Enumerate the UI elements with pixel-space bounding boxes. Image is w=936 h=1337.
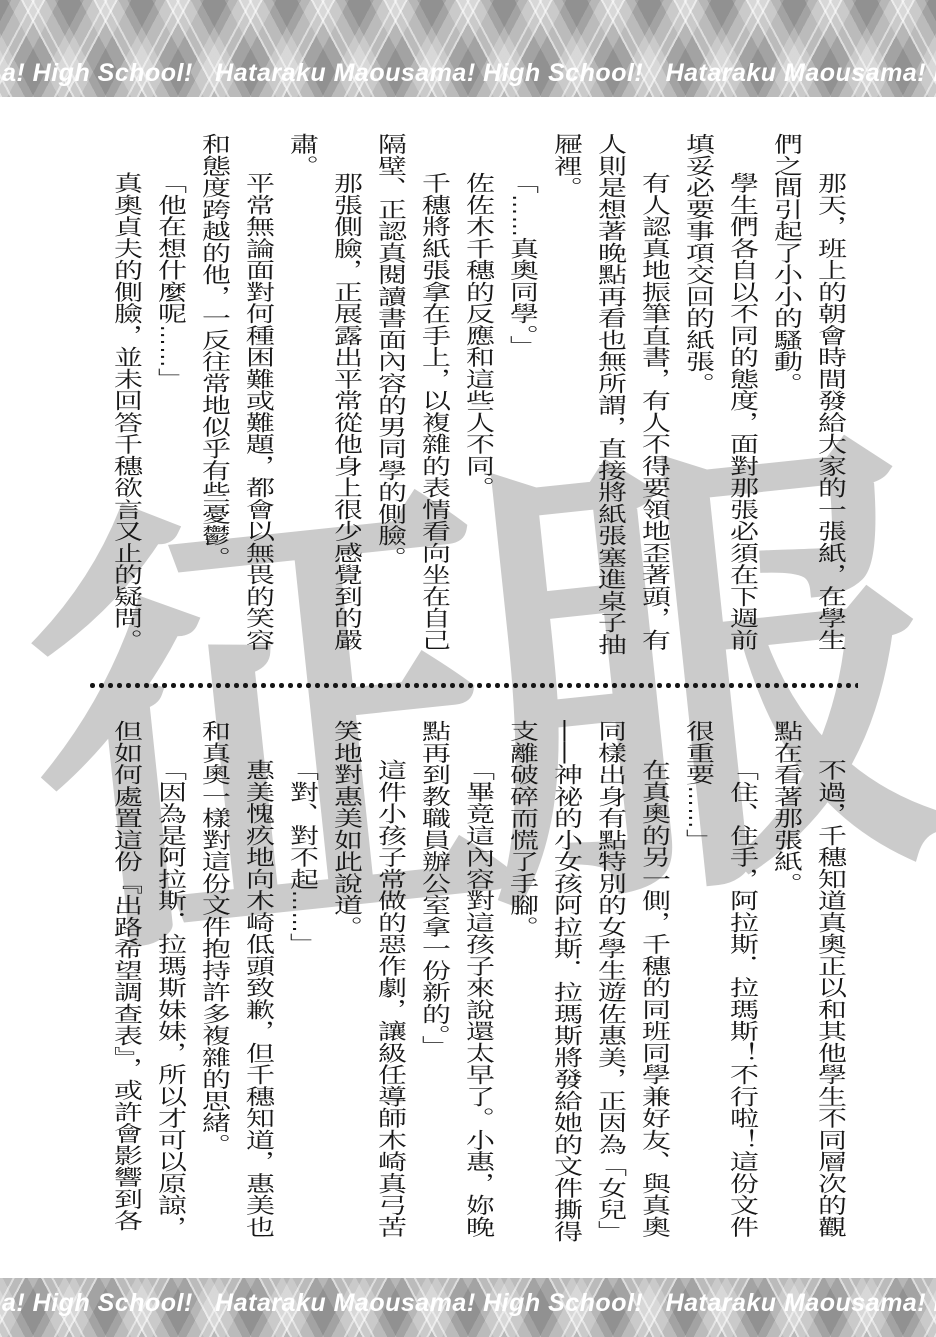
story-paragraph: 平常無論面對何種困難或難題，都會以無畏的笑容和態度跨越的他，一反往常地似乎有些憂… [192,133,280,658]
story-section-bottom: 不過，千穗知道真奧正以和其他學生不同層次的觀點在看著那張紙。 「住、住手，阿拉斯… [104,720,852,1245]
story-paragraph: 那天，班上的朝會時間發給大家的一張紙，在學生們之間引起了小小的騷動。 [764,133,852,658]
story-section-top: 那天，班上的朝會時間發給大家的一張紙，在學生們之間引起了小小的騷動。 學生們各自… [104,133,852,658]
section-break-dots [88,682,858,689]
story-paragraph: 「畢竟這內容對這孩子來說還太早了。小惠，妳晚點再到教職員辦公室拿一份新的。」 [412,720,500,1245]
top-banner-title: a! High School! Hataraku Maousama! High … [2,61,936,86]
story-paragraph: 佐佐木千穗的反應和這些人不同。 [456,133,500,658]
story-paragraph: 惠美愧疚地向木崎低頭致歉，但千穗知道，惠美也和真奧一樣對這份文件抱持許多複雜的思… [192,720,280,1245]
bottom-banner-title: a! High School! Hataraku Maousama! High … [2,1291,936,1316]
novel-page: 征服 a! High School! Hataraku Maousama! Hi… [0,0,936,1337]
story-paragraph: 這件小孩子常做的惡作劇，讓級任導師木崎真弓苦笑地對惠美如此說道。 [324,720,412,1245]
story-paragraph: 不過，千穗知道真奧正以和其他學生不同層次的觀點在看著那張紙。 [764,720,852,1245]
story-paragraph: 那張側臉，正展露出平常從他身上很少感覺到的嚴肅。 [280,133,368,658]
story-paragraph: 真奧貞夫的側臉，並未回答千穗欲言又止的疑問。 [104,133,148,658]
story-paragraph: 在真奧的另一側，千穗的同班同學兼好友、與真奧同樣出身有點特別的女學生遊佐惠美，正… [500,720,676,1245]
story-paragraph: 「住、住手，阿拉斯．拉瑪斯！不行啦！這份文件很重要……」 [676,720,764,1245]
story-paragraph: 「他在想什麼呢……」 [148,133,192,658]
story-paragraph: 「因為是阿拉斯．拉瑪斯妹妹，所以才可以原諒，但如何處置這份『出路希望調查表』，或… [104,720,192,1245]
story-paragraph: 「……真奧同學。」 [500,133,544,658]
story-paragraph: 千穗將紙張拿在手上，以複雜的表情看向坐在自己隔壁、正認真閱讀書面內容的男同學的側… [368,133,456,658]
story-paragraph: 有人認真地振筆直書，有人不得要領地歪著頭，有人則是想著晚點再看也無所謂，直接將紙… [544,133,676,658]
top-banner: a! High School! Hataraku Maousama! High … [0,0,936,97]
bottom-banner: a! High School! Hataraku Maousama! High … [0,1278,936,1337]
story-paragraph: 「對、對不起……」 [280,720,324,1245]
story-paragraph: 學生們各自以不同的態度，面對那張必須在下週前填妥必要事項交回的紙張。 [676,133,764,658]
